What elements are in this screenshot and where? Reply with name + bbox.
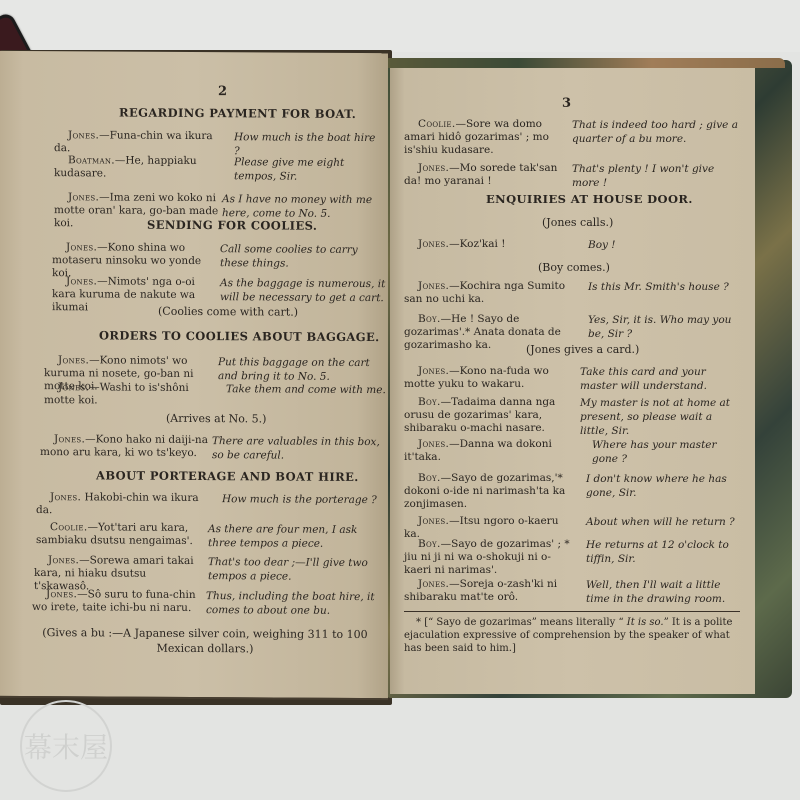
stage-direction: (Boy comes.) xyxy=(538,261,610,274)
english-translation: Boy ! xyxy=(588,238,738,252)
english-translation: As there are four men, I ask three tempo… xyxy=(208,522,386,551)
english-translation: That's too dear ;—I'll give two tempos a… xyxy=(208,555,386,584)
english-translation: Please give me eight tempos, Sir. xyxy=(234,155,386,184)
section-heading: ORDERS TO COOLIES ABOUT BAGGAGE. xyxy=(99,328,380,344)
stage-direction: (Arrives at No. 5.) xyxy=(166,412,266,426)
background-wall xyxy=(0,0,800,52)
japanese-line: Coolie.—Sore wa domo amari hidô gozarima… xyxy=(404,118,564,157)
footnote-divider xyxy=(404,611,740,612)
section-heading: REGARDING PAYMENT FOR BOAT. xyxy=(119,106,356,121)
japanese-line: Jones.—Danna wa dokoni it'taka. xyxy=(404,438,572,464)
english-translation: About when will he return ? xyxy=(586,515,742,529)
japanese-line: Jones.—Soreja o-zash'ki ni shibaraku mat… xyxy=(404,578,572,604)
japanese-line: Coolie.—Yot'tari aru kara, sambiaku dsut… xyxy=(36,521,204,548)
english-translation: Thus, including the boat hire, it comes … xyxy=(206,589,386,618)
japanese-line: Jones.—Kono na-fuda wo motte yuku to wak… xyxy=(404,365,572,391)
japanese-line: Jones.—Funa-chin wa ikura da. xyxy=(54,129,219,156)
english-translation: Where has your master gone ? xyxy=(592,438,742,466)
english-translation: Take this card and your master will unde… xyxy=(580,365,740,393)
japanese-line: Jones.—Sô suru to funa-chin wo irete, ta… xyxy=(32,588,202,615)
stage-direction: (Jones gives a card.) xyxy=(526,343,639,356)
section-heading: ABOUT PORTERAGE AND BOAT HIRE. xyxy=(96,468,359,484)
english-translation: I don't know where he has gone, Sir. xyxy=(586,472,742,500)
stage-direction: (Jones calls.) xyxy=(542,216,613,229)
stage-direction: (Gives a bu :—A Japanese silver coin, we… xyxy=(40,625,370,657)
japanese-line: Jones.—Mo sorede tak'san da! mo yaranai … xyxy=(404,162,564,188)
section-heading: SENDING FOR COOLIES. xyxy=(147,218,317,233)
japanese-line: Boatman.—He, happiaku kudasare. xyxy=(54,154,219,181)
section-heading: ENQUIRIES AT HOUSE DOOR. xyxy=(486,192,693,206)
right-page: 3 Coolie.—Sore wa domo amari hidô gozari… xyxy=(390,68,755,694)
page-number: 3 xyxy=(562,96,571,111)
english-translation: Well, then I'll wait a little time in th… xyxy=(586,578,742,606)
english-translation: Put this baggage on the cart and bring i… xyxy=(218,355,386,384)
english-translation: Yes, Sir, it is. Who may you be, Sir ? xyxy=(588,313,738,341)
stage-direction: (Coolies come with cart.) xyxy=(158,305,298,319)
english-translation: As I have no money with me here, come to… xyxy=(222,192,386,221)
english-translation: My master is not at home at present, so … xyxy=(580,396,742,438)
watermark-stamp: 幕末屋 xyxy=(20,700,112,792)
japanese-line: Jones.—Kono hako ni daiji-na mono aru ka… xyxy=(40,433,212,460)
english-translation: He returns at 12 o'clock to tiffin, Sir. xyxy=(586,538,742,566)
english-translation: How much is the porterage ? xyxy=(222,492,386,507)
english-translation: Call some coolies to carry these things. xyxy=(220,242,386,271)
footnote: * [“ Sayo de gozarimas” means literally … xyxy=(404,616,740,655)
english-translation: There are valuables in this box, so be c… xyxy=(212,434,386,463)
english-translation: That's plenty ! I won't give more ! xyxy=(572,162,740,190)
left-page: 2 REGARDING PAYMENT FOR BOAT. Jones.—Fun… xyxy=(0,51,388,700)
english-translation: That is indeed too hard ; give a quarter… xyxy=(572,118,740,146)
japanese-line: Boy.—Sayo de gozarimas,'* dokoni o-ide n… xyxy=(404,472,572,511)
japanese-line: Boy.—Sayo de gozarimas' ; * jiu ni ji ni… xyxy=(404,538,572,577)
english-translation: As the baggage is numerous, it will be n… xyxy=(220,276,386,305)
japanese-line: Jones.—Washi to is'shôni motte koi. xyxy=(44,381,214,408)
page-number: 2 xyxy=(218,84,227,99)
english-translation: Take them and come with me. xyxy=(226,382,386,397)
japanese-line: Jones.—Koz'kai ! xyxy=(404,238,564,251)
english-translation: Is this Mr. Smith's house ? xyxy=(588,280,738,294)
japanese-line: Jones. Hakobi-chin wa ikura da. xyxy=(36,491,204,518)
japanese-line: Boy.—Tadaima danna nga orusu de gozarima… xyxy=(404,396,572,435)
marbled-cover-top-edge xyxy=(385,58,785,68)
japanese-line: Jones.—Kochira nga Sumito san no uchi ka… xyxy=(404,280,570,306)
